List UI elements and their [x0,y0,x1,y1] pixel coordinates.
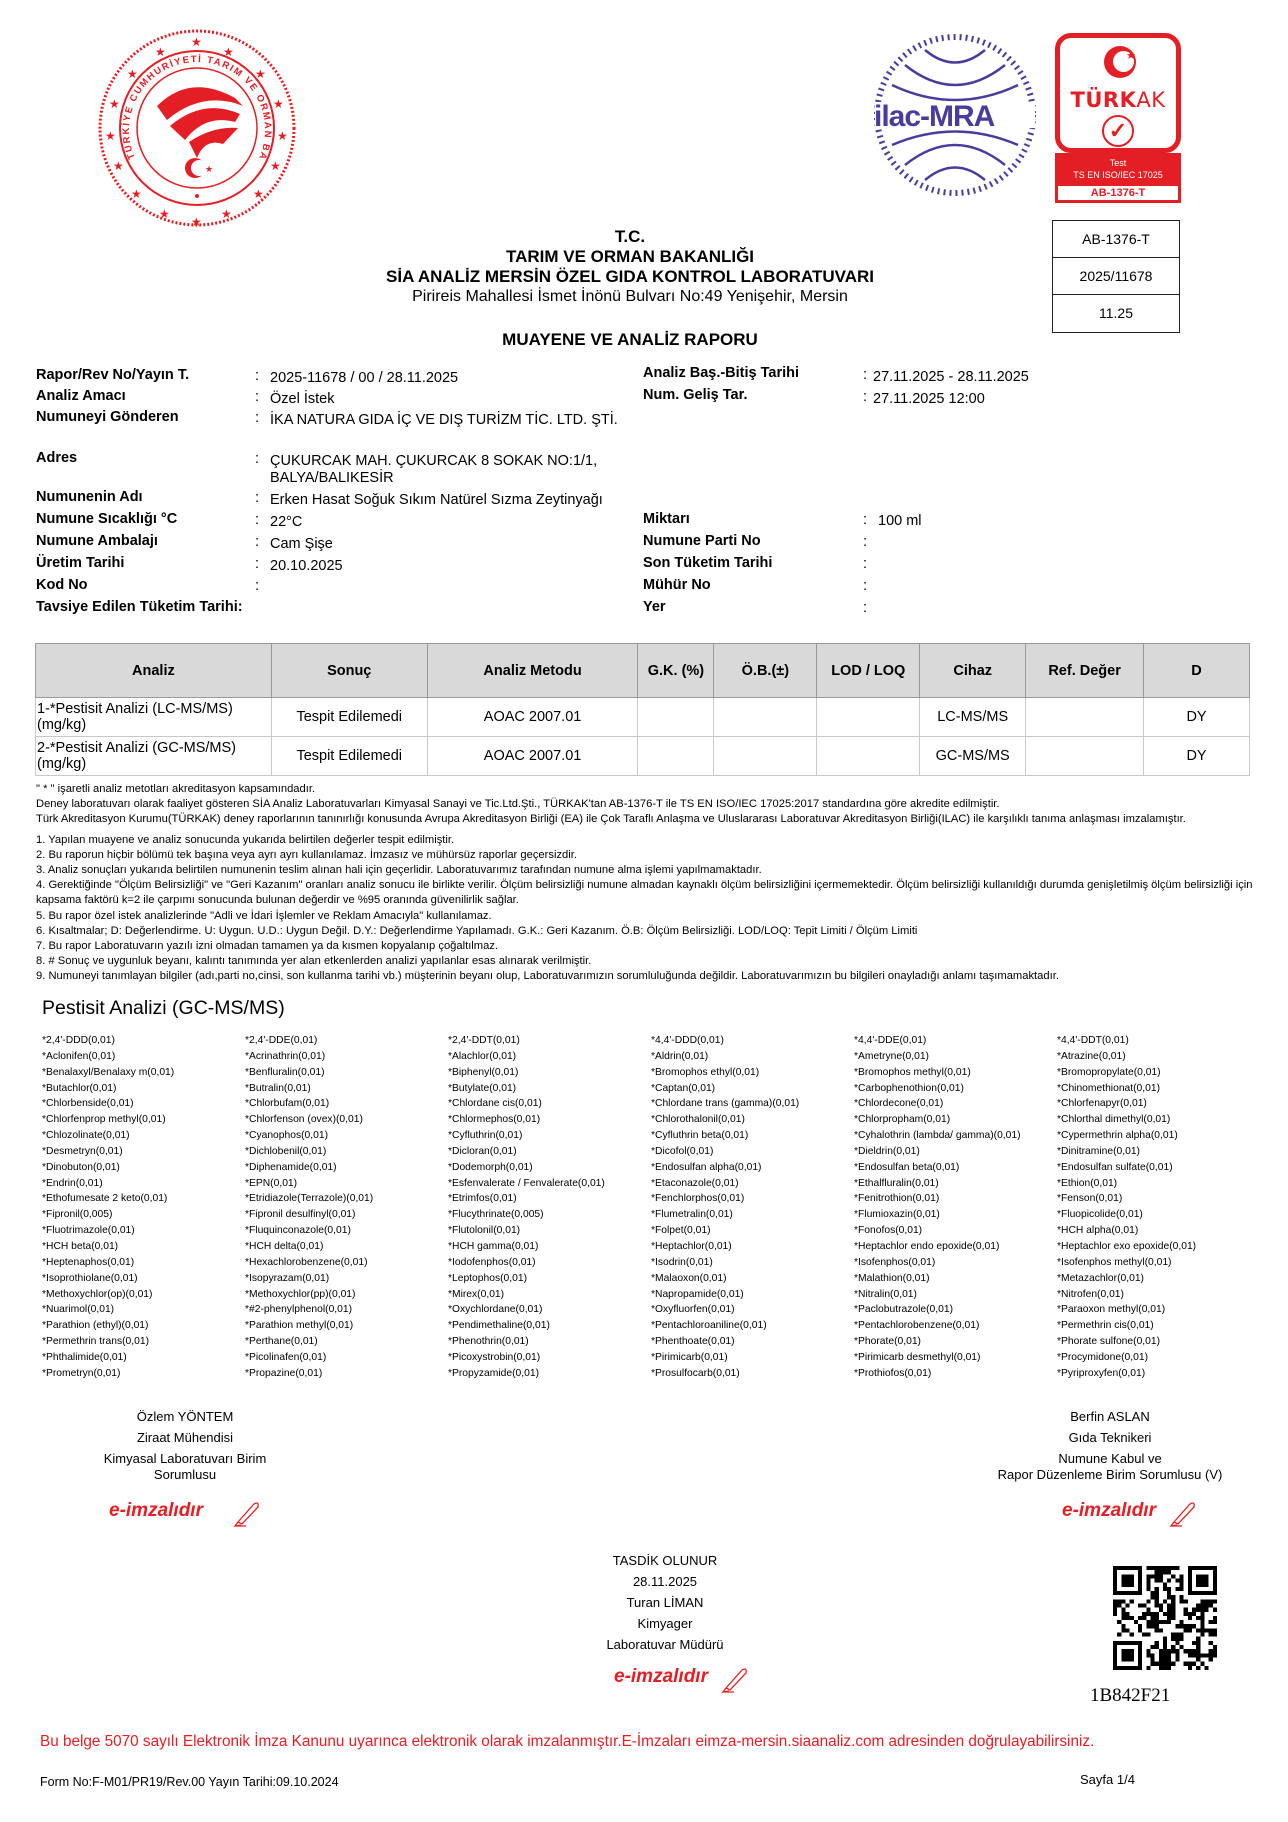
pesticide-item: *Endosulfan beta(0,01) [854,1162,1057,1178]
pesticide-item: *Picolinafen(0,01) [245,1352,448,1368]
report-number: 2025/11678 [1053,258,1179,295]
header-address: Pirireis Mahallesi İsmet İnönü Bulvarı N… [330,287,930,307]
pesticide-item: *Etridiazole(Terrazole)(0,01) [245,1193,448,1209]
pesticide-item: *Chlorthal dimethyl(0,01) [1057,1114,1260,1130]
pesticide-item: *Paraoxon methyl(0,01) [1057,1304,1260,1320]
pesticide-item: *2,4'-DDD(0,01) [42,1035,245,1051]
table-cell [714,698,817,737]
info-label: Tavsiye Edilen Tüketim Tarihi: [36,599,243,615]
pesticide-item: *Chlozolinate(0,01) [42,1130,245,1146]
pesticide-item: *Atrazine(0,01) [1057,1051,1260,1067]
pesticide-item: *Phenthoate(0,01) [651,1336,854,1352]
info-colon: : [863,534,867,550]
pesticide-item: *HCH alpha(0,01) [1057,1225,1260,1241]
accreditation-note: " * " işaretli analiz metotları akredita… [36,782,1256,797]
pesticide-item: *Phorate(0,01) [854,1336,1057,1352]
table-header-row: AnalizSonuçAnaliz MetoduG.K. (%)Ö.B.(±)L… [36,644,1250,698]
pesticide-section-title: Pestisit Analizi (GC-MS/MS) [42,997,285,1020]
pesticide-item: *Pendimethaline(0,01) [448,1320,651,1336]
signature-left: Özlem YÖNTEM Ziraat Mühendisi Kimyasal L… [80,1406,290,1483]
pesticide-item: *Aclonifen(0,01) [42,1051,245,1067]
signer-title: Kimyager [570,1613,760,1634]
pesticide-item: *Cyhalothrin (lambda/ gamma)(0,01) [854,1130,1057,1146]
info-colon: : [863,389,867,405]
pesticide-item: *Ethalfluralin(0,01) [854,1178,1057,1194]
info-label: Numune Parti No [643,533,761,549]
numbered-note: 4. Gerektiğinde "Ölçüm Belirsizliği" ve … [36,878,1256,908]
table-cell: AOAC 2007.01 [427,737,638,776]
header-ministry: TARIM VE ORMAN BAKANLIĞI [330,247,930,267]
info-colon: : [863,512,867,528]
info-label: Numunenin Adı [36,489,143,505]
table-cell [817,698,920,737]
pesticide-item: *Heptachlor endo epoxide(0,01) [854,1241,1057,1257]
info-value-production-date: 20.10.2025 [270,558,343,575]
table-cell: AOAC 2007.01 [427,698,638,737]
pesticide-item: *Prometryn(0,01) [42,1368,245,1384]
signer-name: Özlem YÖNTEM [80,1406,290,1427]
pesticide-item: *Chlorfenprop methyl(0,01) [42,1114,245,1130]
pesticide-item: *Isofenphos methyl(0,01) [1057,1257,1260,1273]
pesticide-item: *Napropamide(0,01) [651,1289,854,1305]
info-colon: : [863,600,867,616]
pesticide-item: *Procymidone(0,01) [1057,1352,1260,1368]
pesticide-item: *Desmetryn(0,01) [42,1146,245,1162]
svg-text:★: ★ [255,67,266,81]
pesticide-item: *Chlorfenson (ovex)(0,01) [245,1114,448,1130]
pesticide-item: *Bromophos ethyl(0,01) [651,1067,854,1083]
svg-text:★: ★ [191,35,202,49]
numbered-note: 1. Yapılan muayene ve analiz sonucunda y… [36,833,1256,848]
info-label: Analiz Amacı [36,388,126,404]
pesticide-item: *Endosulfan sulfate(0,01) [1057,1162,1260,1178]
pesticide-item: *Chlorbufam(0,01) [245,1098,448,1114]
info-value-temperature: 22°C [270,514,302,531]
info-colon: : [255,368,259,384]
pesticide-item: *Chinomethionat(0,01) [1057,1083,1260,1099]
info-value-sender: İKA NATURA GIDA İÇ VE DIŞ TURİZM TİC. LT… [270,412,630,429]
header-tc: T.C. [330,227,930,247]
numbered-note: 8. # Sonuç ve uygunluk beyanı, kalıntı t… [36,954,1256,969]
column-header: Ö.B.(±) [714,644,817,698]
pesticide-item: *4,4'-DDE(0,01) [854,1035,1057,1051]
pesticide-item: *Parathion (ethyl)(0,01) [42,1320,245,1336]
pesticide-item: *Heptenaphos(0,01) [42,1257,245,1273]
info-value-packaging: Cam Şişe [270,536,333,553]
column-header: Analiz Metodu [427,644,638,698]
column-header: D [1144,644,1250,698]
pesticide-item: *Dodemorph(0,01) [448,1162,651,1178]
info-value-sample-name: Erken Hasat Soğuk Sıkım Natürel Sızma Ze… [270,492,603,509]
signature-right: Berfin ASLAN Gıda Teknikeri Numune Kabul… [990,1406,1230,1483]
column-header: Analiz [36,644,272,698]
signer-role: Kimyasal Laboratuvarı Birim [80,1451,290,1467]
pesticide-item: *2,4'-DDT(0,01) [448,1035,651,1051]
info-colon: : [255,512,259,528]
pesticide-item: *Fenitrothion(0,01) [854,1193,1057,1209]
info-colon: : [255,490,259,506]
pesticide-item: *HCH beta(0,01) [42,1241,245,1257]
pesticide-item: *Prosulfocarb(0,01) [651,1368,854,1384]
pesticide-item: *Benfluralin(0,01) [245,1067,448,1083]
column-header: G.K. (%) [638,644,714,698]
e-signature-label: e-imzalıdır [1062,1500,1156,1522]
info-label: Analiz Baş.-Bitiş Tarihi [643,365,799,381]
pesticide-item: *Paclobutrazole(0,01) [854,1304,1057,1320]
pesticide-item: *Esfenvalerate / Fenvalerate(0,01) [448,1178,651,1194]
pesticide-item: *EPN(0,01) [245,1178,448,1194]
e-signature-label: e-imzalıdır [614,1666,708,1688]
info-label: Miktarı [643,511,690,527]
svg-text:★: ★ [191,215,202,228]
approval-label: TASDİK OLUNUR [570,1550,760,1571]
pesticide-item: *Pirimicarb desmethyl(0,01) [854,1352,1057,1368]
report-title: MUAYENE VE ANALİZ RAPORU [330,330,930,350]
column-header: Cihaz [920,644,1026,698]
pesticide-item: *Benalaxyl/Benalaxy m(0,01) [42,1067,245,1083]
pesticide-item: *Chlorothalonil(0,01) [651,1114,854,1130]
signer-name: Turan LİMAN [570,1592,760,1613]
table-cell: GC-MS/MS [920,737,1026,776]
pesticide-item: *Ethion(0,01) [1057,1178,1260,1194]
numbered-note: 2. Bu raporun hiçbir bölümü tek başına v… [36,848,1256,863]
pesticide-item: *2,4'-DDE(0,01) [245,1035,448,1051]
e-signature-legal-notice: Bu belge 5070 sayılı Elektronik İmza Kan… [40,1733,1255,1751]
pesticide-item: *Fenson(0,01) [1057,1193,1260,1209]
pesticide-item: *Isodrin(0,01) [651,1257,854,1273]
pesticide-item: *Etrimfos(0,01) [448,1193,651,1209]
accreditation-notes: " * " işaretli analiz metotları akredita… [36,782,1256,828]
info-colon: : [255,534,259,550]
table-cell [1026,698,1144,737]
pesticide-item: *Butachlor(0,01) [42,1083,245,1099]
pesticide-item: *Dichlobenil(0,01) [245,1146,448,1162]
pen-icon [1168,1498,1198,1528]
table-cell: 2-*Pestisit Analizi (GC-MS/MS) (mg/kg) [36,737,272,776]
verification-code: 1B842F21 [1090,1685,1170,1707]
svg-text:★: ★ [159,207,170,221]
report-period: 11.25 [1053,295,1179,332]
pesticide-item: *Fipronil desulfinyl(0,01) [245,1209,448,1225]
pesticide-item: *Phthalimide(0,01) [42,1352,245,1368]
info-colon: : [255,578,259,594]
page-number: Sayfa 1/4 [1080,1772,1135,1787]
pesticide-item: *Oxychlordane(0,01) [448,1304,651,1320]
svg-text:★: ★ [205,164,213,174]
info-label: Üretim Tarihi [36,555,124,571]
pesticide-item: *Diphenamide(0,01) [245,1162,448,1178]
pesticide-item: *Fonofos(0,01) [854,1225,1057,1241]
table-cell: Tespit Edilemedi [271,737,427,776]
pesticide-item: *Nitralin(0,01) [854,1289,1057,1305]
pesticide-item: *Chlorbenside(0,01) [42,1098,245,1114]
pesticide-item: *Hexachlorobenzene(0,01) [245,1257,448,1273]
svg-text:★: ★ [273,97,284,111]
pesticide-item: *Pyriproxyfen(0,01) [1057,1368,1260,1384]
turkak-logo: ★ TÜRKAK ✓ Test TS EN ISO/IEC 17025 AB-1… [1055,33,1181,203]
pesticide-item: *Folpet(0,01) [651,1225,854,1241]
turkak-word-ak: AK [1136,88,1165,112]
pesticide-item: *HCH gamma(0,01) [448,1241,651,1257]
column-header: Ref. Değer [1026,644,1144,698]
pesticide-item: *Heptachlor exo epoxide(0,01) [1057,1241,1260,1257]
pesticide-item: *Nitrofen(0,01) [1057,1289,1260,1305]
numbered-note: 6. Kısaltmalar; D: Değerlendirme. U: Uyg… [36,924,1256,939]
pesticide-item: *Dinitramine(0,01) [1057,1146,1260,1162]
pesticide-item: *Iodofenphos(0,01) [448,1257,651,1273]
ilac-mra-icon: ilac-MRA [870,30,1040,200]
svg-text:★: ★ [113,159,124,173]
pesticide-item: *Flumetralin(0,01) [651,1209,854,1225]
pesticide-item: *Permethrin trans(0,01) [42,1336,245,1352]
pesticide-item: *Leptophos(0,01) [448,1273,651,1289]
pesticide-item: *Pentachloroaniline(0,01) [651,1320,854,1336]
pesticide-item: *Carbophenothion(0,01) [854,1083,1057,1099]
pesticide-item: *Bromopropylate(0,01) [1057,1067,1260,1083]
pesticide-item: *Oxyfluorfen(0,01) [651,1304,854,1320]
accreditation-note: Deney laboratuvarı olarak faaliyet göste… [36,797,1256,812]
table-cell: DY [1144,698,1250,737]
table-cell [1026,737,1144,776]
pen-icon [232,1498,262,1528]
pesticide-item: *Chlorfenapyr(0,01) [1057,1098,1260,1114]
signer-role: Rapor Düzenleme Birim Sorumlusu (V) [990,1467,1230,1483]
info-label: Mühür No [643,577,711,593]
info-value-report-no: 2025-11678 / 00 / 28.11.2025 [270,370,458,387]
approval-date: 28.11.2025 [570,1571,760,1592]
pesticide-item: *Prothiofos(0,01) [854,1368,1057,1384]
pesticide-item: *Butralin(0,01) [245,1083,448,1099]
pesticide-item: *Phorate sulfone(0,01) [1057,1336,1260,1352]
pesticide-item: *Endosulfan alpha(0,01) [651,1162,854,1178]
pesticide-item: *Cyanophos(0,01) [245,1130,448,1146]
info-label: Numune Ambalajı [36,533,158,549]
info-label: Adres [36,450,77,466]
pesticide-item: *Fenchlorphos(0,01) [651,1193,854,1209]
pen-icon [720,1664,750,1694]
pesticide-item: *Chlormephos(0,01) [448,1114,651,1130]
pesticide-item: *Isoprothiolane(0,01) [42,1273,245,1289]
svg-text:★: ★ [253,187,264,201]
pesticide-item: *Fluotrimazole(0,01) [42,1225,245,1241]
pesticide-item: *Biphenyl(0,01) [448,1067,651,1083]
info-label: Son Tüketim Tarihi [643,555,772,571]
reference-box: AB-1376-T 2025/11678 11.25 [1052,220,1180,333]
notes-section: " * " işaretli analiz metotları akredita… [36,782,1256,985]
info-colon: : [863,578,867,594]
signer-role: Laboratuvar Müdürü [570,1634,760,1655]
turkak-code: AB-1376-T [1058,186,1178,200]
pesticide-item: *Aldrin(0,01) [651,1051,854,1067]
info-colon: : [255,556,259,572]
pesticide-item: *Perthane(0,01) [245,1336,448,1352]
info-value-address: ÇUKURCAK MAH. ÇUKURCAK 8 SOKAK NO:1/1, B… [270,453,630,487]
pesticide-item: *Metazachlor(0,01) [1057,1273,1260,1289]
info-value-analysis-dates: 27.11.2025 - 28.11.2025 [873,369,1029,386]
pesticide-item: *Acrinathrin(0,01) [245,1051,448,1067]
pesticide-item: *Fluquinconazole(0,01) [245,1225,448,1241]
table-cell [817,737,920,776]
numbered-note: 5. Bu rapor özel istek analizlerinde "Ad… [36,909,1256,924]
table-row: 2-*Pestisit Analizi (GC-MS/MS) (mg/kg)Te… [36,737,1250,776]
pesticide-item: *Cyfluthrin beta(0,01) [651,1130,854,1146]
pesticide-item: *Chlorpropham(0,01) [854,1114,1057,1130]
table-cell [638,737,714,776]
e-signature-label: e-imzalıdır [109,1500,203,1522]
pesticide-item: *Isopyrazam(0,01) [245,1273,448,1289]
turkak-standard-label: TS EN ISO/IEC 17025 [1055,169,1181,181]
info-colon: : [863,556,867,572]
info-label: Kod No [36,577,88,593]
numbered-note: 9. Numuneyi tanımlayan bilgiler (adı,par… [36,969,1256,984]
table-cell [714,737,817,776]
info-value-purpose: Özel İstek [270,391,334,408]
pesticide-item: *Parathion methyl(0,01) [245,1320,448,1336]
pesticide-item: *Pentachlorobenzene(0,01) [854,1320,1057,1336]
info-label: Yer [643,599,666,615]
pesticide-item: *Flumioxazin(0,01) [854,1209,1057,1225]
signer-title: Gıda Teknikeri [990,1427,1230,1448]
pesticide-item: *4,4'-DDD(0,01) [651,1035,854,1051]
svg-text:★: ★ [277,129,288,143]
pesticide-item: *Captan(0,01) [651,1083,854,1099]
pesticide-item: *Dieldrin(0,01) [854,1146,1057,1162]
table-cell: DY [1144,737,1250,776]
pesticide-item: *Etaconazole(0,01) [651,1178,854,1194]
signer-title: Ziraat Mühendisi [80,1427,290,1448]
header-laboratory: SİA ANALİZ MERSİN ÖZEL GIDA KONTROL LABO… [330,267,930,287]
pesticide-item: *Ametryne(0,01) [854,1051,1057,1067]
pesticide-list: *2,4'-DDD(0,01)*2,4'-DDE(0,01)*2,4'-DDT(… [42,1035,1272,1384]
pesticide-item: *Malaoxon(0,01) [651,1273,854,1289]
info-label: Num. Geliş Tar. [643,387,748,403]
pesticide-item: *Fluopicolide(0,01) [1057,1209,1260,1225]
results-table: AnalizSonuçAnaliz MetoduG.K. (%)Ö.B.(±)L… [35,643,1250,776]
table-cell: Tespit Edilemedi [271,698,427,737]
numbered-note: 7. Bu rapor Laboratuvarın yazılı izni ol… [36,939,1256,954]
pesticide-item: *Flutolonil(0,01) [448,1225,651,1241]
form-number: Form No:F-M01/PR19/Rev.00 Yayın Tarihi:0… [40,1775,339,1789]
svg-text:★: ★ [105,129,116,143]
table-row: 1-*Pestisit Analizi (LC-MS/MS) (mg/kg)Te… [36,698,1250,737]
star-icon: ★ [1126,51,1136,62]
info-colon: : [863,367,867,383]
info-label: Numuneyi Gönderen [36,409,179,425]
svg-text:★: ★ [270,159,281,173]
pesticide-item: *Methoxychlor(pp)(0,01) [245,1289,448,1305]
svg-text:★: ★ [127,67,138,81]
pesticide-item: *Chlordane trans (gamma)(0,01) [651,1098,854,1114]
svg-text:★: ★ [131,187,142,201]
pesticide-item: *Methoxychlor(op)(0,01) [42,1289,245,1305]
pesticide-item: *#2-phenylphenol(0,01) [245,1304,448,1320]
pesticide-item: *Picoxystrobin(0,01) [448,1352,651,1368]
pesticide-item: *4,4'-DDT(0,01) [1057,1035,1260,1051]
qr-code-icon[interactable] [1113,1566,1217,1670]
ministry-seal-icon: ★★★ ★★ ★★ ★★ ★★ ★★ ★★★ TÜRKİYE CUMHURİYE… [95,28,300,228]
numbered-note: 3. Analiz sonuçları yukarıda belirtilen … [36,863,1256,878]
signer-role: Sorumlusu [80,1467,290,1483]
pesticide-item: *HCH delta(0,01) [245,1241,448,1257]
accreditation-number: AB-1376-T [1053,221,1179,258]
table-cell: 1-*Pestisit Analizi (LC-MS/MS) (mg/kg) [36,698,272,737]
accreditation-note: Türk Akreditasyon Kurumu(TÜRKAK) deney r… [36,812,1256,827]
svg-text:★: ★ [221,207,232,221]
pesticide-item: *Propazine(0,01) [245,1368,448,1384]
pesticide-item: *Chlordecone(0,01) [854,1098,1057,1114]
pesticide-item: *Propyzamide(0,01) [448,1368,651,1384]
table-cell [638,698,714,737]
pesticide-item: *Heptachlor(0,01) [651,1241,854,1257]
svg-text:★: ★ [109,97,120,111]
pesticide-item: *Dicloran(0,01) [448,1146,651,1162]
info-colon: : [255,410,259,426]
pesticide-item: *Alachlor(0,01) [448,1051,651,1067]
pesticide-item: *Ethofumesate 2 keto(0,01) [42,1193,245,1209]
pesticide-item: *Dinobuton(0,01) [42,1162,245,1178]
checkmark-icon: ✓ [1102,115,1134,147]
table-cell: LC-MS/MS [920,698,1026,737]
turkak-word: TÜRK [1071,88,1137,112]
pesticide-item: *Chlordane cis(0,01) [448,1098,651,1114]
signer-role: Numune Kabul ve [990,1451,1230,1467]
info-value-arrival-date: 27.11.2025 12:00 [873,391,985,408]
info-colon: : [255,451,259,467]
pesticide-item: *Dicofol(0,01) [651,1146,854,1162]
pesticide-item: *Mirex(0,01) [448,1289,651,1305]
pesticide-item: *Flucythrinate(0,005) [448,1209,651,1225]
info-label: Rapor/Rev No/Yayın T. [36,367,189,383]
pesticide-item: *Bromophos methyl(0,01) [854,1067,1057,1083]
svg-text:★: ★ [223,45,234,59]
info-label: Numune Sıcaklığı °C [36,511,177,527]
column-header: LOD / LOQ [817,644,920,698]
svg-text:ilac-MRA: ilac-MRA [874,100,995,133]
pesticide-item: *Fipronil(0,005) [42,1209,245,1225]
column-header: Sonuç [271,644,427,698]
pesticide-item: *Isofenphos(0,01) [854,1257,1057,1273]
header-block: T.C. TARIM VE ORMAN BAKANLIĞI SİA ANALİZ… [330,227,930,307]
turkak-test-label: Test [1055,157,1181,169]
pesticide-item: *Cyfluthrin(0,01) [448,1130,651,1146]
pesticide-item: *Cypermethrin alpha(0,01) [1057,1130,1260,1146]
signer-name: Berfin ASLAN [990,1406,1230,1427]
numbered-notes: 1. Yapılan muayene ve analiz sonucunda y… [36,833,1256,985]
signature-center: TASDİK OLUNUR 28.11.2025 Turan LİMAN Kim… [570,1550,760,1655]
pesticide-item: *Malathion(0,01) [854,1273,1057,1289]
pesticide-item: *Pirimicarb(0,01) [651,1352,854,1368]
pesticide-item: *Butylate(0,01) [448,1083,651,1099]
pesticide-item: *Permethrin cis(0,01) [1057,1320,1260,1336]
pesticide-item: *Phenothrin(0,01) [448,1336,651,1352]
info-value-quantity: 100 ml [878,513,922,530]
svg-text:★: ★ [155,45,166,59]
pesticide-item: *Endrin(0,01) [42,1178,245,1194]
pesticide-item: *Nuarimol(0,01) [42,1304,245,1320]
info-colon: : [255,389,259,405]
